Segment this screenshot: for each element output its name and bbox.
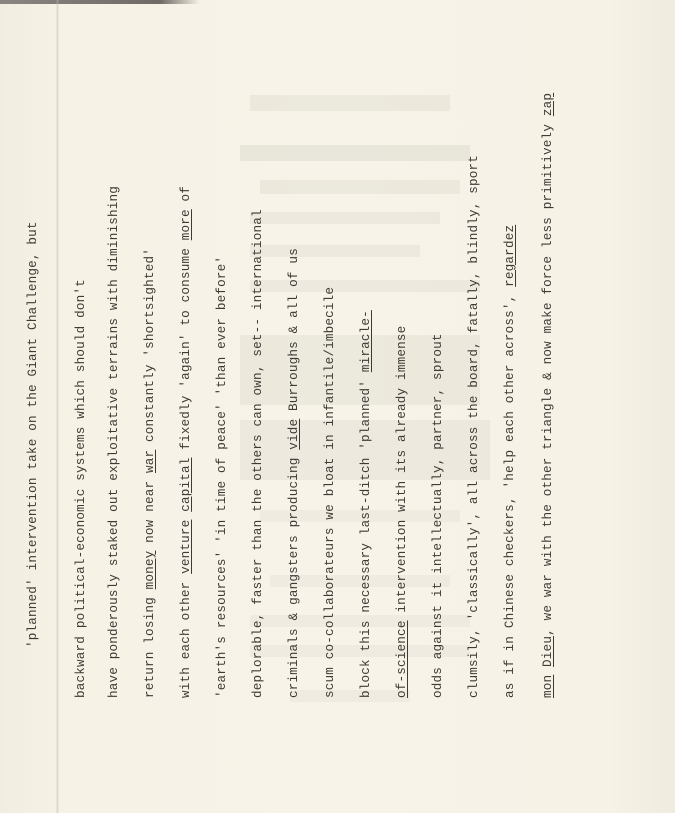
text-segment xyxy=(179,512,193,520)
bleed-through-block xyxy=(290,690,410,702)
page-fold-line xyxy=(56,0,59,813)
text-segment: , we war with the other triangle & now m… xyxy=(541,116,555,636)
text-segment: criminals & gangsters producing xyxy=(287,450,301,698)
text-line: backward political-economic systems whic… xyxy=(73,279,89,698)
underlined-word: capital xyxy=(179,457,193,511)
text-segment: of xyxy=(179,186,193,209)
text-line: 'earth's resources' 'in time of peace' '… xyxy=(214,256,230,698)
bleed-through-block xyxy=(260,180,460,194)
text-line: with each other venture capital fixedly … xyxy=(178,186,194,698)
text-line: mon Dieu, we war with the other triangle… xyxy=(540,93,556,698)
text-segment: backward political-economic systems whic… xyxy=(74,279,88,698)
text-segment: have ponderously staked out exploitative… xyxy=(107,186,121,698)
underlined-word: vide xyxy=(287,419,301,450)
text-segment: as if in Chinese checkers, 'help each ot… xyxy=(503,287,517,698)
bleed-through-block xyxy=(250,280,480,292)
bleed-through-block xyxy=(240,145,470,161)
text-segment: deplorable, faster than the others can o… xyxy=(251,209,265,698)
text-segment: Burroughs & all of us xyxy=(287,248,301,419)
underlined-word: Dieu xyxy=(541,636,555,667)
underlined-word: of-science xyxy=(395,620,409,698)
underlined-word: miracle- xyxy=(359,310,373,372)
text-segment xyxy=(541,667,555,675)
text-segment: 'planned' intervention take on the Giant… xyxy=(26,221,40,648)
text-segment: odds against it intellectually, partner,… xyxy=(431,333,445,698)
text-segment: intervention with its already immense xyxy=(395,326,409,621)
underlined-word: zap xyxy=(541,93,555,116)
underlined-word: more xyxy=(179,209,193,240)
bleed-through-block xyxy=(250,245,420,257)
text-segment: scum co-collaborateurs we bloat in infan… xyxy=(323,287,337,698)
text-line: clumsily, 'classically', all across the … xyxy=(466,155,482,698)
text-line: odds against it intellectually, partner,… xyxy=(430,333,446,698)
text-segment: clumsily, 'classically', all across the … xyxy=(467,155,481,698)
underlined-word: regardez xyxy=(503,225,517,287)
text-line: as if in Chinese checkers, 'help each ot… xyxy=(502,225,518,698)
text-segment: now near xyxy=(143,473,157,551)
text-segment: fixedly 'again' to consume xyxy=(179,240,193,457)
text-line: return losing money now near war constan… xyxy=(142,248,158,698)
bleed-through-block xyxy=(250,95,450,111)
text-segment: with each other xyxy=(179,574,193,698)
bleed-through-block xyxy=(250,212,440,224)
text-segment: 'earth's resources' 'in time of peace' '… xyxy=(215,256,229,698)
underlined-word: mon xyxy=(541,675,555,698)
underlined-word: venture xyxy=(179,520,193,574)
text-line: have ponderously staked out exploitative… xyxy=(106,186,122,698)
text-line: block this necessary last-ditch 'planned… xyxy=(358,310,374,698)
text-line: criminals & gangsters producing vide Bur… xyxy=(286,248,302,698)
text-line: scum co-collaborateurs we bloat in infan… xyxy=(322,287,338,698)
text-line: of-science intervention with its already… xyxy=(394,326,410,698)
text-line: deplorable, faster than the others can o… xyxy=(250,209,266,698)
scan-edge-shadow xyxy=(0,0,200,4)
text-segment: block this necessary last-ditch 'planned… xyxy=(359,372,373,698)
text-segment: constantly 'shortsighted' xyxy=(143,248,157,450)
scanned-page: 'planned' intervention take on the Giant… xyxy=(0,0,675,813)
text-line: 'planned' intervention take on the Giant… xyxy=(25,221,41,648)
text-segment: return losing xyxy=(143,589,157,698)
underlined-word: war xyxy=(143,450,157,473)
underlined-word: money xyxy=(143,551,157,590)
